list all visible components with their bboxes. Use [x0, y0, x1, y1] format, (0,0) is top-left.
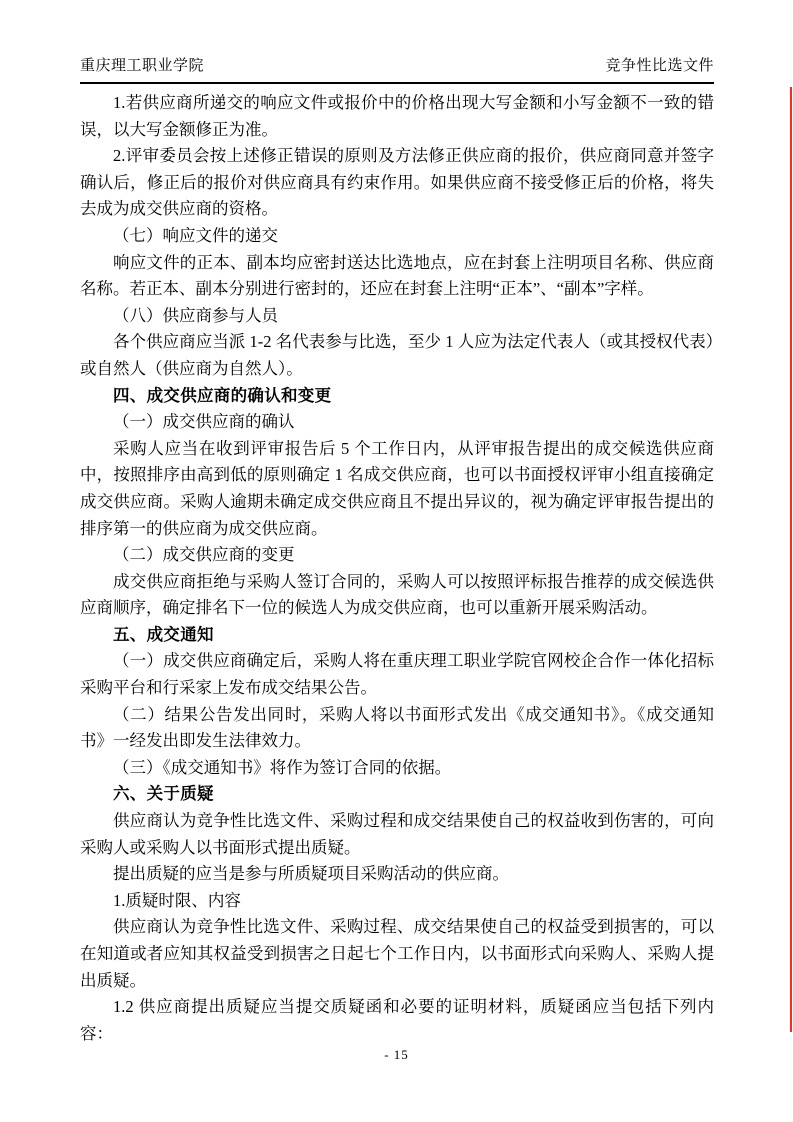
section-heading: 六、关于质疑 [80, 781, 714, 808]
header-rule [80, 82, 714, 84]
page-header: 重庆理工职业学院 竞争性比选文件 [80, 54, 714, 75]
document-body: 1.若供应商所递交的响应文件或报价中的价格出现大写金额和小写金额不一致的错误，以… [80, 90, 714, 1047]
header-left-title: 重庆理工职业学院 [80, 54, 204, 75]
paragraph: 1.2 供应商提出质疑应当提交质疑函和必要的证明材料，质疑函应当包括下列内容： [80, 994, 714, 1047]
paragraph: 采购人应当在收到评审报告后 5 个工作日内，从评审报告提出的成交候选供应商中，按… [80, 436, 714, 542]
section-heading: 五、成交通知 [80, 622, 714, 649]
paragraph: 1.质疑时限、内容 [80, 888, 714, 915]
paragraph: （七）响应文件的递交 [80, 223, 714, 250]
paragraph: 供应商认为竞争性比选文件、采购过程、成交结果使自己的权益受到损害的，可以在知道或… [80, 914, 714, 994]
section-heading: 四、成交供应商的确认和变更 [80, 383, 714, 410]
paragraph: （二）成交供应商的变更 [80, 542, 714, 569]
paragraph: 供应商认为竞争性比选文件、采购过程和成交结果使自己的权益收到伤害的，可向采购人或… [80, 808, 714, 861]
paragraph: 各个供应商应当派 1-2 名代表参与比选，至少 1 人应为法定代表人（或其授权代… [80, 329, 714, 382]
paragraph: 提出质疑的应当是参与所质疑项目采购活动的供应商。 [80, 861, 714, 888]
header-right-title: 竞争性比选文件 [605, 54, 714, 75]
paragraph: （三）《成交通知书》将作为签订合同的依据。 [80, 755, 714, 782]
revision-bar [790, 87, 792, 1032]
paragraph: 成交供应商拒绝与采购人签订合同的，采购人可以按照评标报告推荐的成交候选供应商顺序… [80, 569, 714, 622]
paragraph: 响应文件的正本、副本均应密封送达比选地点，应在封套上注明项目名称、供应商名称。若… [80, 250, 714, 303]
paragraph: 2.评审委员会按上述修正错误的原则及方法修正供应商的报价，供应商同意并签字确认后… [80, 143, 714, 223]
page-footer: - 15 [0, 1047, 793, 1063]
paragraph: 1.若供应商所递交的响应文件或报价中的价格出现大写金额和小写金额不一致的错误，以… [80, 90, 714, 143]
paragraph: （八）供应商参与人员 [80, 303, 714, 330]
page-number: - 15 [384, 1047, 409, 1062]
paragraph: （一）成交供应商的确认 [80, 409, 714, 436]
document-page: 重庆理工职业学院 竞争性比选文件 1.若供应商所递交的响应文件或报价中的价格出现… [0, 0, 793, 1122]
paragraph: （二）结果公告发出同时，采购人将以书面形式发出《成交通知书》。《成交通知书》一经… [80, 702, 714, 755]
paragraph: （一）成交供应商确定后，采购人将在重庆理工职业学院官网校企合作一体化招标采购平台… [80, 648, 714, 701]
